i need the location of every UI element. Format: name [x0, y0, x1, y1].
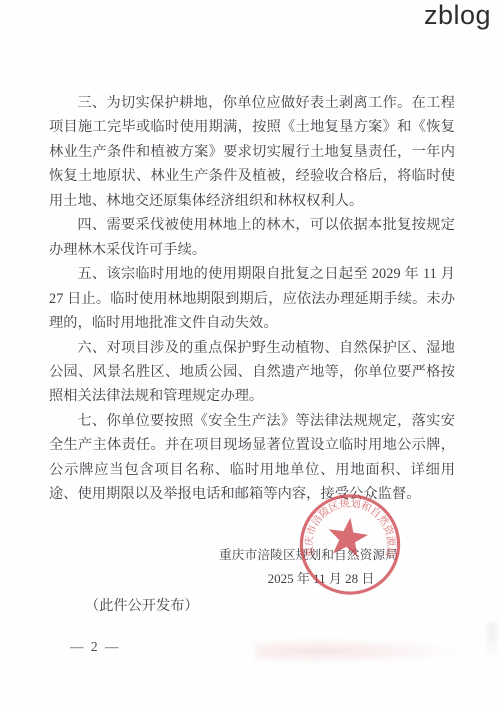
- watermark: zblog: [424, 0, 491, 31]
- official-seal: 重庆市涪陵区规划和自然资源局: [296, 491, 404, 599]
- paragraph-3: 三、为切实保护耕地，你单位应做好表土剥离工作。在工程项目施工完毕或临时使用期满，…: [49, 91, 455, 213]
- page-number: — 2 —: [70, 639, 121, 655]
- paragraph-6: 六、对项目涉及的重点保护野生动植物、自然保护区、湿地公园、风景名胜区、地质公园、…: [49, 336, 455, 409]
- scan-edge-artifact: [487, 623, 497, 657]
- paragraph-5: 五、该宗临时用地的使用期限自批复之日起至 2029 年 11 月 27 日止。临…: [49, 262, 455, 335]
- document-page: zblog 三、为切实保护耕地，你单位应做好表土剥离工作。在工程项目施工完毕或临…: [0, 0, 500, 709]
- ink-smudge-artifact: [255, 638, 465, 664]
- paragraph-4: 四、需要采伐被使用林地上的林木，可以依据本批复按规定办理林木采伐许可手续。: [49, 213, 455, 262]
- document-body: 三、为切实保护耕地，你单位应做好表土剥离工作。在工程项目施工完毕或临时使用期满，…: [49, 91, 455, 507]
- seal-star-icon: [325, 515, 370, 558]
- public-release-note: （此件公开发布）: [85, 595, 199, 615]
